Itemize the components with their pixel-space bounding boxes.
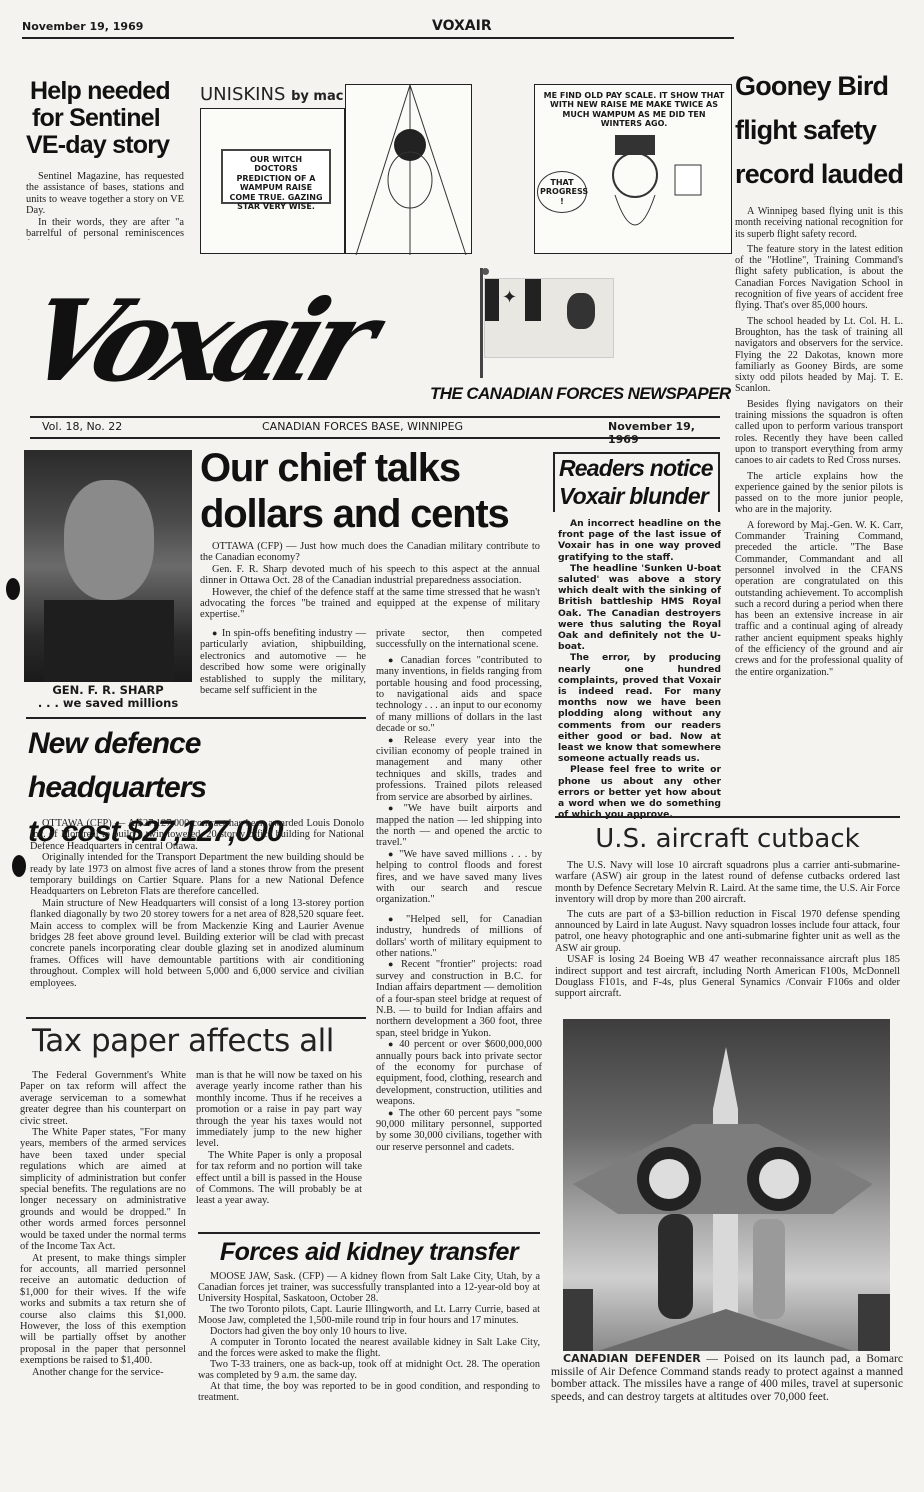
masthead-logo: Voxair: [30, 272, 330, 412]
bullet-item: Release every year into the civilian eco…: [376, 735, 542, 803]
paragraph: A foreword by Maj.-Gen. W. K. Carr, Comm…: [735, 520, 903, 678]
binder-hole: [12, 855, 26, 877]
paragraph: Two T-33 trainers, one as back-up, took …: [198, 1359, 540, 1381]
headline-line: dollars and cents: [200, 491, 540, 537]
headline-line: Help needed: [26, 78, 186, 105]
headline-line: Our chief talks: [200, 445, 540, 491]
article-us-cutback: U.S. aircraft cutback The U.S. Navy will…: [555, 820, 900, 1000]
caption-lead: CANADIAN DEFENDER: [551, 1352, 701, 1365]
article-kidney: Forces aid kidney transfer MOOSE JAW, Sa…: [198, 1236, 540, 1403]
tax-rule: [26, 1017, 366, 1019]
readers-headline-box: Readers notice Voxair blunder: [553, 452, 720, 512]
tax-headline: Tax paper affects all: [32, 1022, 372, 1060]
cartoon-title: UNISKINS by mac: [200, 84, 343, 105]
masthead-rule-bottom: [30, 437, 720, 439]
kidney-rule: [198, 1232, 540, 1234]
paragraph: The school headed by Lt. Col. H. L. Brou…: [735, 316, 903, 395]
sharp-portrait-photo: [24, 450, 192, 682]
sign-text: OUR WITCH DOCTORS PREDICTION OF A WAMPUM…: [221, 149, 331, 204]
paragraph: The White Paper is only a proposal for t…: [196, 1150, 362, 1207]
paragraph: Originally intended for the Transport De…: [30, 852, 364, 898]
defender-caption: CANADIAN DEFENDER — Poised on its launch…: [551, 1353, 903, 1403]
cartoon-panel-3: ME FIND OLD PAY SCALE. IT SHOW THAT WITH…: [534, 84, 732, 254]
headline-line: record lauded: [735, 152, 907, 196]
cartoon-panel-1: OUR WITCH DOCTORS PREDICTION OF A WAMPUM…: [200, 108, 345, 254]
paragraph: A Winnipeg based flying unit is this mon…: [735, 206, 903, 240]
paragraph: The cuts are part of a $3-billion reduct…: [555, 909, 900, 955]
thought-bubble: THAT PROGRESS !: [537, 171, 587, 213]
paragraph: OTTAWA (CFP) — Just how much does the Ca…: [200, 541, 540, 564]
missile-drawing: [563, 1019, 890, 1351]
ndhq-body: OTTAWA (CFP) — A $27,127,000 contract ha…: [30, 818, 364, 989]
paragraph: At present, to make things simpler for a…: [20, 1253, 186, 1367]
article-chief: Our chief talks dollars and cents OTTAWA…: [200, 445, 540, 621]
paragraph: Main structure of New Headquarters will …: [30, 898, 364, 989]
bullet-item: The other 60 percent pays "some 90,000 m…: [376, 1108, 542, 1154]
base-location: CANADIAN FORCES BASE, WINNIPEG: [262, 420, 463, 433]
paragraph: Sentinel Magazine, has requested the ass…: [26, 171, 184, 217]
page-date: November 19, 1969: [22, 20, 143, 33]
chief-col2: private sector, then competed successful…: [376, 628, 542, 1153]
character-drawing: [595, 135, 715, 255]
cartoon-panel-2: [345, 84, 472, 254]
headline-line: flight safety: [735, 108, 907, 152]
paragraph: The Federal Government's White Paper on …: [20, 1070, 186, 1127]
paragraph: Doctors had given the boy only 10 hours …: [198, 1326, 540, 1337]
article-help-needed: Help needed for Sentinel VE-day story Se…: [26, 78, 186, 240]
bullet-item: 40 percent or over $600,000,000 annually…: [376, 1039, 542, 1107]
cartoon-byline: by mac: [291, 89, 343, 104]
tax-col2: man is that he will now be taxed on his …: [196, 1070, 362, 1207]
paragraph: Besides flying navigators on their train…: [735, 399, 903, 467]
paragraph: The headline 'Sunken U-boat saluted' was…: [558, 563, 721, 653]
photo-caption: GEN. F. R. SHARP . . . we saved millions: [24, 684, 192, 710]
issue-date: November 19, 1969: [608, 420, 720, 446]
paragraph: man is that he will now be taxed on his …: [196, 1070, 362, 1150]
paragraph: Another change for the service-: [20, 1367, 186, 1378]
paragraph: Gen. F. R. Sharp devoted much of his spe…: [200, 564, 540, 587]
volume-number: Vol. 18, No. 22: [42, 420, 122, 433]
paragraph: The U.S. Navy will lose 10 aircraft squa…: [555, 860, 900, 906]
bullet-item: Recent "frontier" projects: road survey …: [376, 959, 542, 1039]
bullet-item: "We have saved millions . . . by helping…: [376, 849, 542, 906]
bullet-item: "Helped sell, for Canadian industry, hun…: [376, 914, 542, 960]
headline-line: Voxair blunder: [559, 482, 718, 510]
paragraph: The article explains how the experience …: [735, 471, 903, 516]
speech-bubble: ME FIND OLD PAY SCALE. IT SHOW THAT WITH…: [541, 91, 727, 129]
flag-image: ✦: [480, 268, 705, 378]
header-rule: [22, 37, 734, 39]
paragraph: MOOSE JAW, Sask. (CFP) — A kidney flown …: [198, 1271, 540, 1304]
paragraph: An incorrect headline on the front page …: [558, 518, 721, 563]
bullet-item: In spin-offs benefiting industry — parti…: [200, 628, 366, 696]
bullet-item: Canadian forces "contributed to many inv…: [376, 655, 542, 735]
bullet-item: private sector, then competed successful…: [376, 628, 542, 651]
bomarc-missile-photo: [563, 1019, 890, 1351]
headline-line: Readers notice: [559, 454, 718, 482]
cartoon-title-text: UNISKINS: [200, 84, 285, 105]
readers-rule: [555, 816, 900, 818]
paragraph: At that time, the boy was reported to be…: [198, 1381, 540, 1403]
paragraph: A computer in Toronto located the neares…: [198, 1337, 540, 1359]
article-gooney-bird: Gooney Bird flight safety record lauded …: [735, 64, 907, 678]
paragraph: The error, by producing nearly one hundr…: [558, 652, 721, 764]
page-header: November 19, 1969 VOXAIR: [22, 14, 922, 34]
tax-col1: The Federal Government's White Paper on …: [20, 1070, 186, 1378]
paragraph: The feature story in the latest edition …: [735, 244, 903, 312]
caption-quote: . . . we saved millions: [24, 697, 192, 710]
headline-line: New defence headquarters: [28, 722, 368, 810]
logo-text: Voxair: [7, 272, 352, 412]
cartoon-uniskins: UNISKINS by mac OUR WITCH DOCTORS PREDIC…: [200, 84, 732, 254]
headline-line: VE-day story: [26, 132, 186, 159]
headline: Forces aid kidney transfer: [198, 1236, 540, 1268]
masthead-tagline: THE CANADIAN FORCES NEWSPAPER: [430, 384, 731, 404]
paragraph: Please feel free to write or phone us ab…: [558, 764, 721, 820]
paragraph: In their words, they are after "a barrel…: [26, 217, 184, 240]
chief-col1: In spin-offs benefiting industry — parti…: [200, 628, 366, 696]
binder-hole: [6, 578, 20, 600]
page-title: VOXAIR: [432, 18, 492, 34]
paragraph: However, the chief of the defence staff …: [200, 587, 540, 621]
paragraph: The two Toronto pilots, Capt. Laurie Ill…: [198, 1304, 540, 1326]
maple-leaf-icon: ✦: [502, 289, 517, 307]
headline: U.S. aircraft cutback: [555, 820, 900, 858]
teepee-drawing: [346, 85, 473, 255]
masthead-rule-top: [30, 416, 720, 418]
headline-line: Gooney Bird: [735, 64, 907, 108]
masthead-info-bar: Vol. 18, No. 22 CANADIAN FORCES BASE, WI…: [30, 420, 720, 436]
crest-icon: [567, 293, 595, 329]
article-readers: An incorrect headline on the front page …: [558, 518, 721, 820]
headline-line: for Sentinel: [26, 105, 186, 132]
paragraph: OTTAWA (CFP) — A $27,127,000 contract ha…: [30, 818, 364, 852]
paragraph: USAF is losing 24 Boeing WB 47 weather r…: [555, 954, 900, 1000]
bullet-item: "We have built airports and mapped the n…: [376, 803, 542, 849]
paragraph: The White Paper states, "For many years,…: [20, 1127, 186, 1252]
ndhq-rule: [26, 717, 366, 719]
